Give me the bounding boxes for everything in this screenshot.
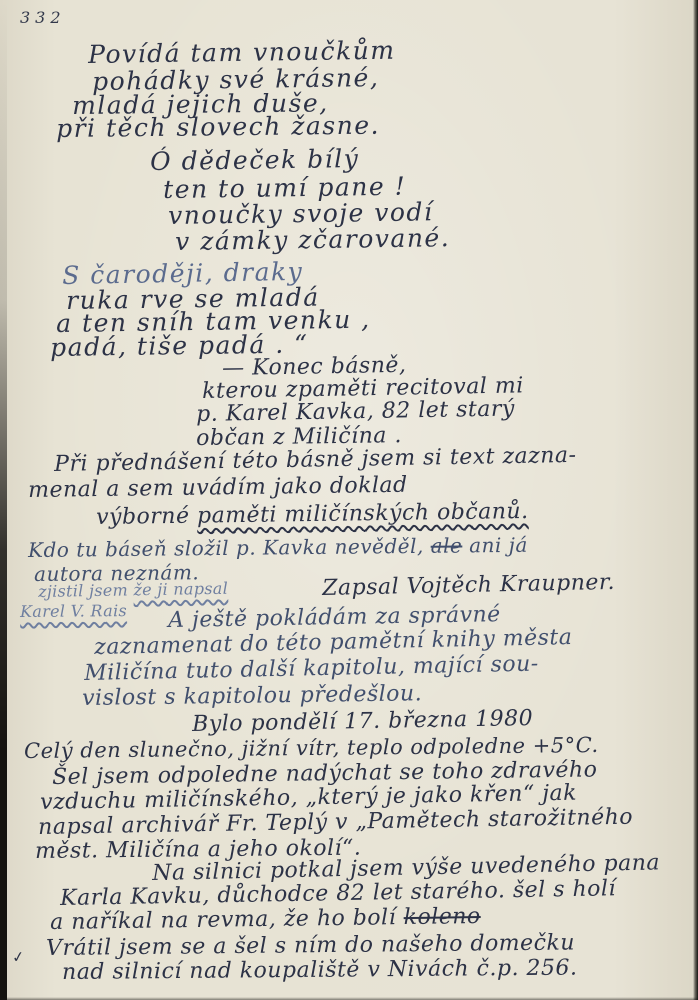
poem-stanza2-line4: v zámky zčarované.: [175, 225, 450, 254]
para4-crossed-word: koleno: [403, 904, 480, 930]
para4-line3-pre: a naříkal na revma, že ho bolí: [50, 905, 404, 935]
note-line1: Kdo tu báseň složil p. Kavka nevěděl, al…: [28, 535, 528, 560]
attribution-line3: p. Karel Kavka, 82 let starý: [196, 398, 515, 426]
para1-line1: Při přednášení této básně jsem si text z…: [54, 445, 577, 476]
margin-check-mark: ✓: [11, 947, 26, 967]
para4-line3: a naříkal na revma, že ho bolí koleno: [50, 906, 481, 934]
note-line1-post: ani já: [462, 533, 528, 558]
para1-line2: menal a sem uvádím jako doklad: [28, 475, 408, 502]
para1-line3-plain: výborné: [96, 504, 197, 530]
page-number: 332: [20, 8, 66, 27]
page-edge-right: [693, 0, 698, 1000]
closing-line2: nad silnicí nad koupaliště v Nivách č.p.…: [62, 958, 578, 984]
poem-stanza2-line1: Ó dědeček bílý: [150, 146, 359, 174]
chronicle-page: 332 Povídá tam vnoučkům pohádky své krás…: [0, 0, 698, 1000]
note-line1-pre: Kdo tu báseň složil p. Kavka nevěděl,: [28, 534, 431, 562]
note-added-line: zjistil jsem že ji napsal: [38, 581, 228, 600]
para1-line3: výborné paměti miličínských občanů.: [96, 501, 529, 529]
para1-line3-underlined: paměti miličínských občanů.: [197, 499, 529, 529]
note-author-name: Karel V. Rais: [20, 603, 127, 620]
scribe-signature: Zapsal Vojtěch Kraupner.: [322, 572, 615, 600]
date-line: Bylo pondělí 17. března 1980: [192, 708, 533, 736]
page-edge-left: [0, 0, 7, 1000]
note-added-underlined: že ji napsal: [133, 579, 228, 600]
note-crossed-word: ale: [431, 533, 463, 557]
note-added-pre: zjistil jsem: [38, 580, 134, 601]
para2-line4: vislost s kapitolou předešlou.: [82, 683, 422, 710]
poem-stanza1-line4: při těch slovech žasne.: [56, 113, 380, 141]
